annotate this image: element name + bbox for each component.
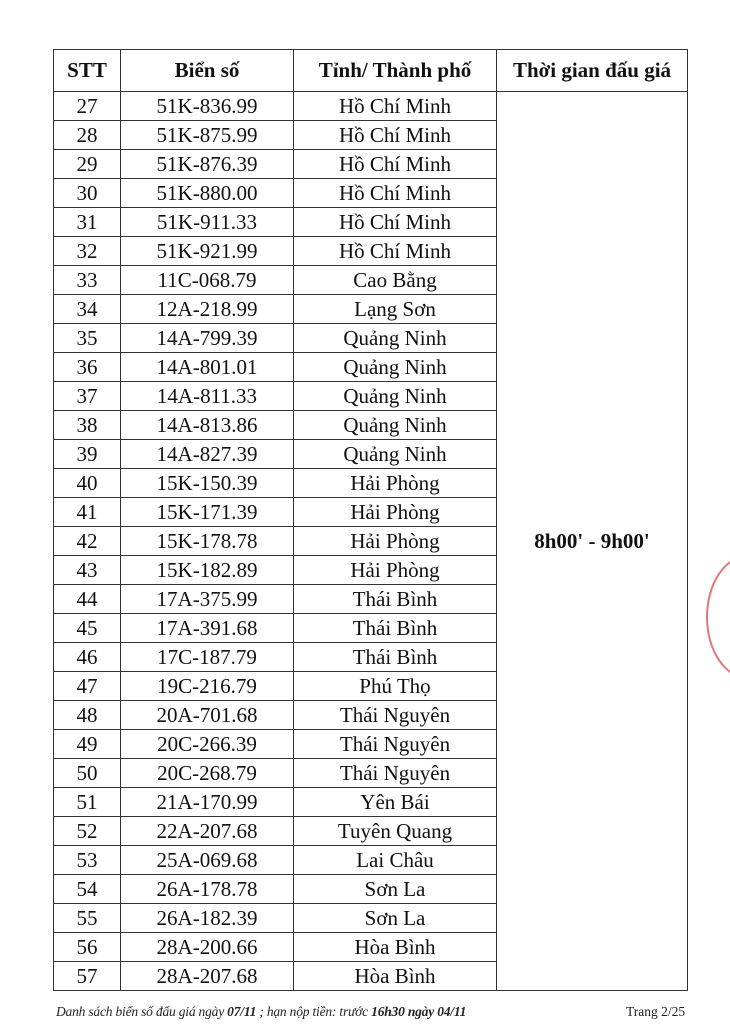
auction-time-cell: 8h00' - 9h00' <box>497 92 688 991</box>
footer-prefix: Danh sách biển số đấu giá ngày <box>56 1004 227 1019</box>
province-cell: Hải Phòng <box>294 498 497 527</box>
province-cell: Sơn La <box>294 875 497 904</box>
plate-cell: 51K-875.99 <box>121 121 294 150</box>
table-header-row: STT Biển số Tỉnh/ Thành phố Thời gian đấ… <box>54 50 688 92</box>
header-province: Tỉnh/ Thành phố <box>294 50 497 92</box>
stt-cell: 35 <box>54 324 121 353</box>
plate-cell: 17C-187.79 <box>121 643 294 672</box>
province-cell: Thái Bình <box>294 614 497 643</box>
plate-cell: 11C-068.79 <box>121 266 294 295</box>
province-cell: Thái Bình <box>294 643 497 672</box>
province-cell: Cao Bằng <box>294 266 497 295</box>
stt-cell: 33 <box>54 266 121 295</box>
table-row: 2751K-836.99Hồ Chí Minh8h00' - 9h00' <box>54 92 688 121</box>
plate-cell: 14A-811.33 <box>121 382 294 411</box>
plate-cell: 21A-170.99 <box>121 788 294 817</box>
plate-cell: 51K-880.00 <box>121 179 294 208</box>
stt-cell: 54 <box>54 875 121 904</box>
header-auction-time: Thời gian đấu giá <box>497 50 688 92</box>
plate-cell: 22A-207.68 <box>121 817 294 846</box>
stt-cell: 27 <box>54 92 121 121</box>
province-cell: Yên Bái <box>294 788 497 817</box>
header-plate: Biển số <box>121 50 294 92</box>
plate-cell: 15K-178.78 <box>121 527 294 556</box>
plate-cell: 51K-921.99 <box>121 237 294 266</box>
province-cell: Hồ Chí Minh <box>294 208 497 237</box>
province-cell: Quảng Ninh <box>294 440 497 469</box>
stt-cell: 31 <box>54 208 121 237</box>
footer-date: 07/11 <box>227 1004 256 1019</box>
stt-cell: 44 <box>54 585 121 614</box>
plate-cell: 12A-218.99 <box>121 295 294 324</box>
plate-cell: 51K-876.39 <box>121 150 294 179</box>
province-cell: Quảng Ninh <box>294 411 497 440</box>
stt-cell: 43 <box>54 556 121 585</box>
stt-cell: 29 <box>54 150 121 179</box>
license-plate-table: STT Biển số Tỉnh/ Thành phố Thời gian đấ… <box>53 49 688 991</box>
stt-cell: 40 <box>54 469 121 498</box>
page-number: Trang 2/25 <box>626 1004 685 1020</box>
plate-cell: 14A-827.39 <box>121 440 294 469</box>
plate-cell: 28A-207.68 <box>121 962 294 991</box>
footer-middle: ; hạn nộp tiền: trước <box>256 1004 371 1019</box>
stt-cell: 56 <box>54 933 121 962</box>
stt-cell: 39 <box>54 440 121 469</box>
province-cell: Thái Nguyên <box>294 759 497 788</box>
stt-cell: 38 <box>54 411 121 440</box>
stt-cell: 32 <box>54 237 121 266</box>
plate-cell: 26A-182.39 <box>121 904 294 933</box>
plate-cell: 26A-178.78 <box>121 875 294 904</box>
province-cell: Hồ Chí Minh <box>294 179 497 208</box>
official-stamp <box>706 555 730 679</box>
plate-cell: 17A-375.99 <box>121 585 294 614</box>
stt-cell: 34 <box>54 295 121 324</box>
plate-cell: 15K-171.39 <box>121 498 294 527</box>
plate-cell: 20C-268.79 <box>121 759 294 788</box>
province-cell: Quảng Ninh <box>294 382 497 411</box>
province-cell: Hồ Chí Minh <box>294 237 497 266</box>
province-cell: Thái Bình <box>294 585 497 614</box>
stt-cell: 37 <box>54 382 121 411</box>
stt-cell: 30 <box>54 179 121 208</box>
plate-cell: 14A-813.86 <box>121 411 294 440</box>
stt-cell: 45 <box>54 614 121 643</box>
stt-cell: 42 <box>54 527 121 556</box>
plate-cell: 15K-182.89 <box>121 556 294 585</box>
province-cell: Hồ Chí Minh <box>294 121 497 150</box>
stt-cell: 46 <box>54 643 121 672</box>
header-stt: STT <box>54 50 121 92</box>
province-cell: Thái Nguyên <box>294 701 497 730</box>
province-cell: Hòa Bình <box>294 933 497 962</box>
stt-cell: 57 <box>54 962 121 991</box>
stt-cell: 49 <box>54 730 121 759</box>
province-cell: Thái Nguyên <box>294 730 497 759</box>
stt-cell: 53 <box>54 846 121 875</box>
province-cell: Sơn La <box>294 904 497 933</box>
province-cell: Phú Thọ <box>294 672 497 701</box>
plate-cell: 25A-069.68 <box>121 846 294 875</box>
stt-cell: 51 <box>54 788 121 817</box>
province-cell: Quảng Ninh <box>294 324 497 353</box>
province-cell: Hồ Chí Minh <box>294 150 497 179</box>
province-cell: Hải Phòng <box>294 469 497 498</box>
stt-cell: 50 <box>54 759 121 788</box>
province-cell: Lai Châu <box>294 846 497 875</box>
stt-cell: 52 <box>54 817 121 846</box>
stt-cell: 47 <box>54 672 121 701</box>
footer-note: Danh sách biển số đấu giá ngày 07/11 ; h… <box>56 1004 466 1020</box>
province-cell: Hồ Chí Minh <box>294 92 497 121</box>
stt-cell: 28 <box>54 121 121 150</box>
plate-cell: 20A-701.68 <box>121 701 294 730</box>
table-body: 2751K-836.99Hồ Chí Minh8h00' - 9h00'2851… <box>54 92 688 991</box>
stt-cell: 36 <box>54 353 121 382</box>
plate-cell: 14A-801.01 <box>121 353 294 382</box>
province-cell: Hải Phòng <box>294 556 497 585</box>
plate-cell: 28A-200.66 <box>121 933 294 962</box>
province-cell: Quảng Ninh <box>294 353 497 382</box>
plate-cell: 51K-911.33 <box>121 208 294 237</box>
province-cell: Tuyên Quang <box>294 817 497 846</box>
plate-cell: 14A-799.39 <box>121 324 294 353</box>
province-cell: Hòa Bình <box>294 962 497 991</box>
stt-cell: 55 <box>54 904 121 933</box>
stt-cell: 48 <box>54 701 121 730</box>
province-cell: Hải Phòng <box>294 527 497 556</box>
plate-cell: 20C-266.39 <box>121 730 294 759</box>
plate-cell: 17A-391.68 <box>121 614 294 643</box>
plate-cell: 15K-150.39 <box>121 469 294 498</box>
province-cell: Lạng Sơn <box>294 295 497 324</box>
plate-cell: 19C-216.79 <box>121 672 294 701</box>
plate-cell: 51K-836.99 <box>121 92 294 121</box>
footer-deadline: 16h30 ngày 04/11 <box>371 1004 466 1019</box>
stt-cell: 41 <box>54 498 121 527</box>
